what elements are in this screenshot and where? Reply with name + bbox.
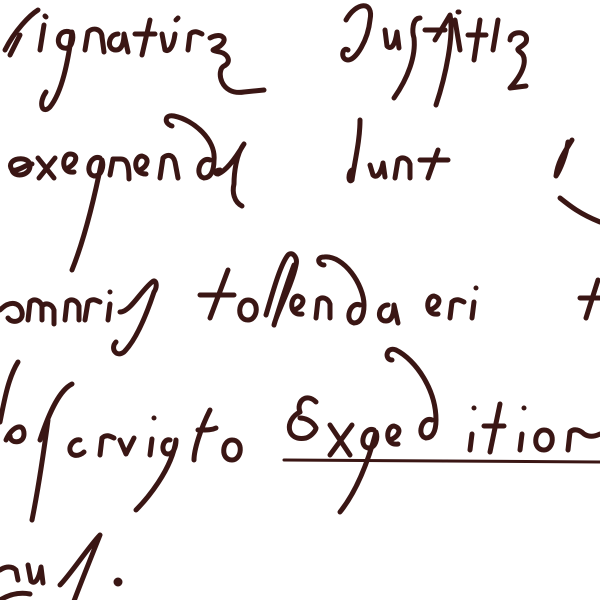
manuscript-line-4: Rescripto Expedition — [0, 410, 425, 456]
manuscript-line-1: Signature Justitie — [0, 20, 356, 66]
manuscript-line-5: rus. — [0, 550, 78, 596]
line-2-strokes — [10, 116, 600, 270]
manuscript-page: Signature Justitie exequende sunt omnis … — [0, 0, 600, 600]
manuscript-line-3: omnis tollenda erit — [0, 280, 383, 326]
manuscript-line-2: exequende sunt — [0, 140, 321, 186]
